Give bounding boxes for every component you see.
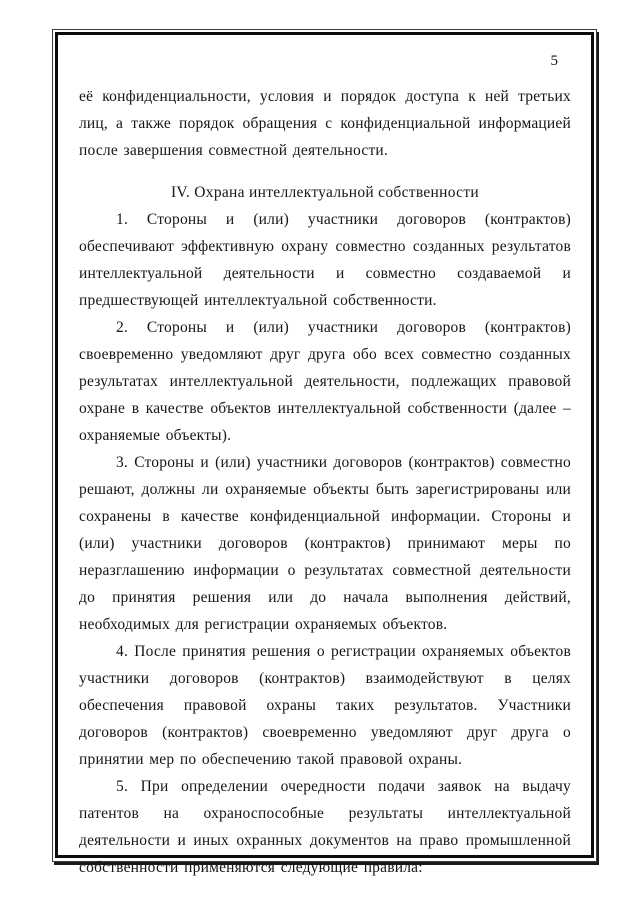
page-number: 5 <box>79 51 571 71</box>
clause-paragraph-3: 3. Стороны и (или) участники договоров (… <box>79 449 571 638</box>
document-page: 5 её конфиденциальности, условия и поряд… <box>55 32 594 858</box>
section-heading: IV. Охрана интеллектуальной собственност… <box>79 179 571 206</box>
clause-paragraph-2: 2. Стороны и (или) участники договоров (… <box>79 314 571 449</box>
document-content: её конфиденциальности, условия и порядок… <box>79 83 571 881</box>
clause-paragraph-1: 1. Стороны и (или) участники договоров (… <box>79 206 571 314</box>
clause-paragraph-4: 4. После принятия решения о регистрации … <box>79 638 571 773</box>
continuation-paragraph: её конфиденциальности, условия и порядок… <box>79 83 571 164</box>
clause-paragraph-5: 5. При определении очередности подачи за… <box>79 773 571 881</box>
document-frame: 5 её конфиденциальности, условия и поряд… <box>52 29 597 862</box>
